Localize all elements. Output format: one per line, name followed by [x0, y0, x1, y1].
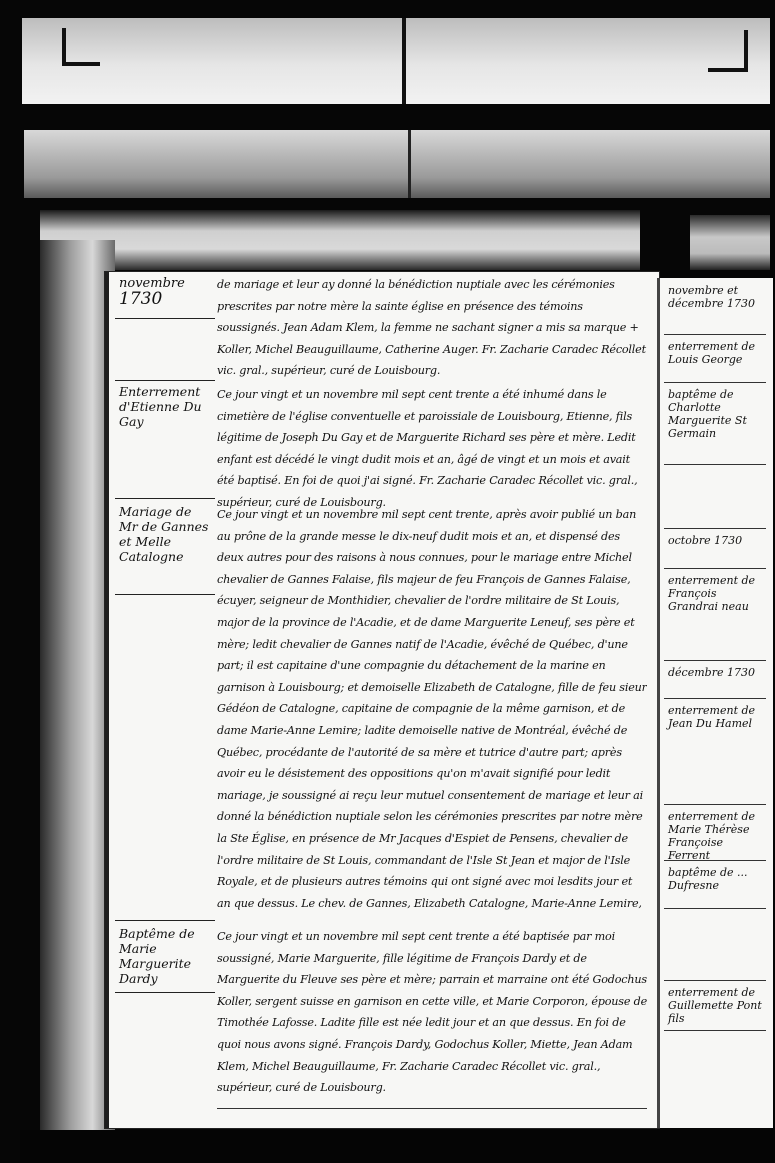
- corner-bracket-right: [708, 30, 748, 72]
- right-divider: [664, 464, 766, 465]
- entry-text-marriage-degannes: Ce jour vingt et un novembre mil sept ce…: [217, 504, 647, 916]
- right-note: décembre 1730: [668, 666, 768, 679]
- right-note: enterrement de Guillemette Pont fils: [668, 986, 768, 1025]
- margin-note-burial-dugay: Enterrement d'Etienne Du Gay: [119, 384, 211, 429]
- right-divider: [664, 1030, 766, 1031]
- film-frame-top: [22, 18, 770, 104]
- margin-divider: [115, 498, 215, 499]
- margin-note-baptism-dardy: Baptême de Marie Marguerite Dardy: [119, 926, 211, 986]
- right-note: baptême de Charlotte Marguerite St Germa…: [668, 388, 768, 440]
- right-note: enterrement de François Grandrai neau: [668, 574, 768, 613]
- entry-text-burial-dugay: Ce jour vingt et un novembre mil sept ce…: [217, 384, 647, 512]
- right-divider: [664, 382, 766, 383]
- right-divider: [664, 980, 766, 981]
- right-divider: [664, 860, 766, 861]
- margin-divider: [115, 380, 215, 381]
- film-bottom-edge: [20, 1130, 775, 1163]
- entry-text-marriage-continuation: de mariage et leur ay donné la bénédicti…: [217, 274, 647, 380]
- book-spine-edge: [40, 240, 115, 1140]
- right-divider: [664, 660, 766, 661]
- entry-end-rule: [217, 1108, 647, 1109]
- right-note: enterrement de Louis George: [668, 340, 768, 366]
- film-frame-second: [24, 130, 770, 198]
- right-note: baptême de ... Dufresne: [668, 866, 768, 892]
- margin-year: 1730: [119, 292, 211, 307]
- frame-divider: [402, 18, 406, 104]
- book-top-edge: [40, 210, 640, 270]
- right-divider: [664, 698, 766, 699]
- margin-note-marriage-degannes: Mariage de Mr de Gannes et Melle Catalog…: [119, 504, 211, 564]
- right-note: novembre et décembre 1730: [668, 284, 768, 310]
- left-page: novembre 1730 de mariage et leur ay donn…: [105, 272, 659, 1128]
- frame-divider: [408, 130, 411, 198]
- right-note: enterrement de Jean Du Hamel: [668, 704, 768, 730]
- margin-divider: [115, 594, 215, 595]
- margin-divider: [115, 992, 215, 993]
- right-divider: [664, 568, 766, 569]
- right-divider: [664, 804, 766, 805]
- book-top-edge-right: [690, 215, 770, 270]
- right-note: octobre 1730: [668, 534, 768, 547]
- right-note: enterrement de Marie Thérèse Françoise F…: [668, 810, 768, 862]
- right-page: novembre et décembre 1730 enterrement de…: [657, 278, 773, 1128]
- right-divider: [664, 908, 766, 909]
- right-divider: [664, 334, 766, 335]
- entry-text-baptism-dardy: Ce jour vingt et un novembre mil sept ce…: [217, 926, 647, 1106]
- corner-bracket-left: [62, 28, 100, 66]
- margin-divider: [115, 920, 215, 921]
- right-divider: [664, 528, 766, 529]
- margin-divider: [115, 318, 215, 319]
